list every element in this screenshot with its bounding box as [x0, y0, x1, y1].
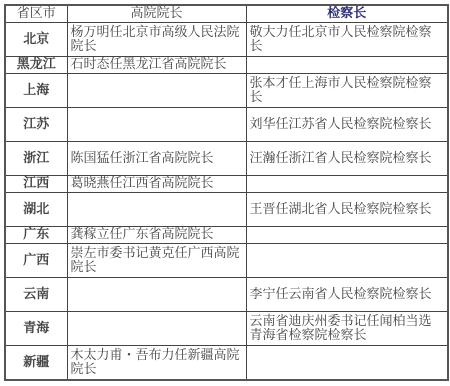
chief-procurator-cell: 王晋任湖北省人民检察院检察长: [246, 193, 448, 227]
table-row: 江西葛晓燕任江西省高院院长: [5, 176, 448, 193]
chief-procurator-cell: 刘华任江苏省人民检察院检察长: [246, 108, 448, 142]
province-cell: 江苏: [5, 108, 67, 142]
province-cell: 云南: [5, 278, 67, 312]
court-president-cell: 石时态任黑龙江省高院院长: [67, 57, 246, 74]
province-cell: 广西: [5, 244, 67, 278]
chief-procurator-cell: 云南省迪庆州委书记任闻柏当选青海省检察院检察长: [246, 312, 448, 346]
court-president-cell: [67, 193, 246, 227]
court-president-cell: [67, 108, 246, 142]
province-cell: 广东: [5, 227, 67, 244]
chief-procurator-cell: 汪瀚任浙江省人民检察院检察长: [246, 142, 448, 176]
header-province: 省区市: [5, 5, 67, 23]
court-president-cell: 杨万明任北京市高级人民法院院长: [67, 23, 246, 57]
appointments-table: 省区市 高院院长 检察长 北京杨万明任北京市高级人民法院院长敬大力任北京市人民检…: [4, 4, 449, 381]
court-president-cell: [67, 312, 246, 346]
chief-procurator-cell: 李宁任云南省人民检察院检察长: [246, 278, 448, 312]
header-court-president: 高院院长: [67, 5, 246, 23]
chief-procurator-cell: [246, 176, 448, 193]
table-row: 北京杨万明任北京市高级人民法院院长敬大力任北京市人民检察院检察长: [5, 23, 448, 57]
chief-procurator-cell: [246, 57, 448, 74]
court-president-cell: [67, 74, 246, 108]
table-row: 广西崇左市委书记黄克任广西高院院长: [5, 244, 448, 278]
province-cell: 上海: [5, 74, 67, 108]
table-row: 青海云南省迪庆州委书记任闻柏当选青海省检察院检察长: [5, 312, 448, 346]
table-row: 黑龙江石时态任黑龙江省高院院长: [5, 57, 448, 74]
header-row: 省区市 高院院长 检察长: [5, 5, 448, 23]
chief-procurator-cell: [246, 227, 448, 244]
chief-procurator-cell: [246, 244, 448, 278]
province-cell: 黑龙江: [5, 57, 67, 74]
province-cell: 浙江: [5, 142, 67, 176]
table-row: 新疆木太力甫・吾布力任新疆高院院长: [5, 346, 448, 381]
table-row: 云南李宁任云南省人民检察院检察长: [5, 278, 448, 312]
chief-procurator-cell: 张本才任上海市人民检察院检察长: [246, 74, 448, 108]
province-cell: 新疆: [5, 346, 67, 381]
province-cell: 青海: [5, 312, 67, 346]
court-president-cell: [67, 278, 246, 312]
header-chief-procurator: 检察长: [246, 5, 448, 23]
chief-procurator-cell: [246, 346, 448, 381]
table-row: 广东龚稼立任广东省高院院长: [5, 227, 448, 244]
table-row: 上海张本才任上海市人民检察院检察长: [5, 74, 448, 108]
province-cell: 北京: [5, 23, 67, 57]
court-president-cell: 葛晓燕任江西省高院院长: [67, 176, 246, 193]
court-president-cell: 木太力甫・吾布力任新疆高院院长: [67, 346, 246, 381]
court-president-cell: 陈国猛任浙江省高院院长: [67, 142, 246, 176]
court-president-cell: 崇左市委书记黄克任广西高院院长: [67, 244, 246, 278]
table-row: 湖北王晋任湖北省人民检察院检察长: [5, 193, 448, 227]
province-cell: 湖北: [5, 193, 67, 227]
province-cell: 江西: [5, 176, 67, 193]
table-row: 浙江陈国猛任浙江省高院院长汪瀚任浙江省人民检察院检察长: [5, 142, 448, 176]
court-president-cell: 龚稼立任广东省高院院长: [67, 227, 246, 244]
chief-procurator-cell: 敬大力任北京市人民检察院检察长: [246, 23, 448, 57]
table-row: 江苏刘华任江苏省人民检察院检察长: [5, 108, 448, 142]
